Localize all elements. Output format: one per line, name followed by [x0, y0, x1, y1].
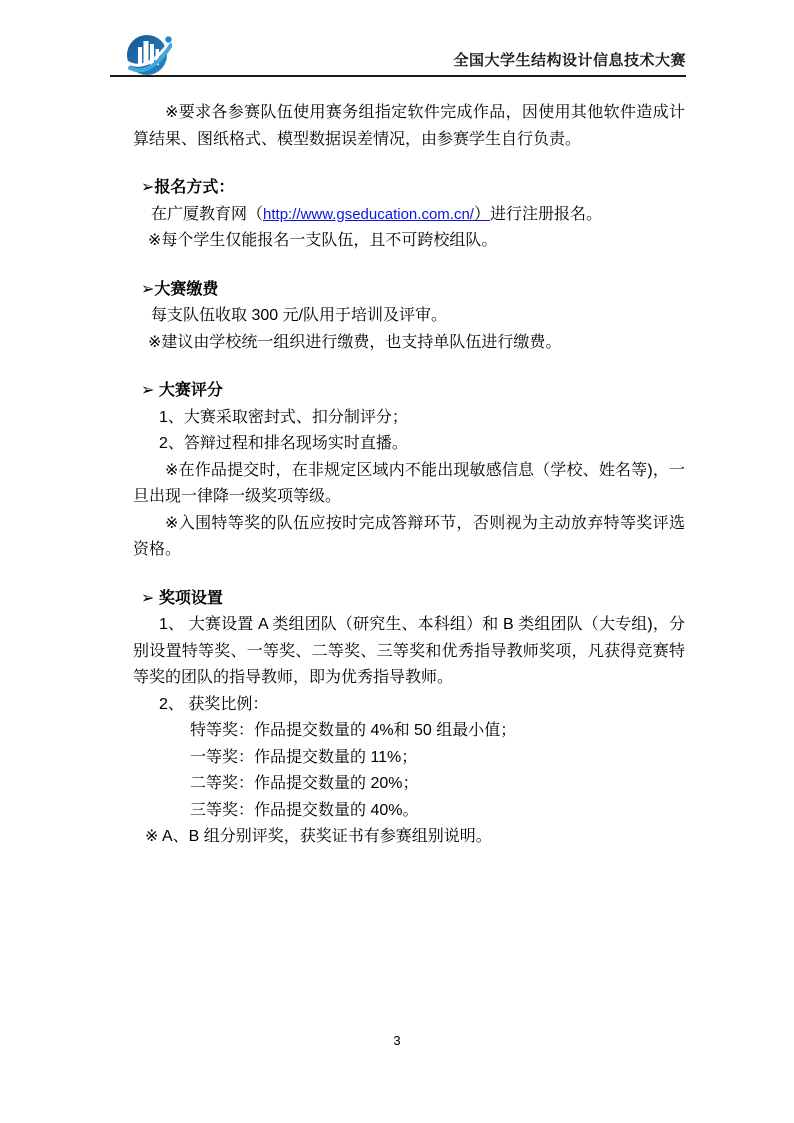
- competition-logo-icon: [126, 33, 172, 77]
- awards-ratio-title: 2、 获奖比例：: [133, 692, 685, 719]
- document-page: 全国大学生结构设计信息技术大赛 ※要求各参赛队伍使用赛务组指定软件完成作品，因使…: [0, 0, 794, 1123]
- registration-link-paren: ）: [474, 206, 490, 223]
- section-heading-registration: ➢报名方式：: [133, 175, 685, 202]
- section-heading-scoring: ➢ 大赛评分: [133, 378, 685, 405]
- award-ratio-third: 三等奖：作品提交数量的 40%。: [133, 798, 685, 825]
- scoring-note-defense: ※入围特等奖的队伍应按时完成答辩环节，否则视为主动放弃特等奖评选资格。: [133, 511, 685, 564]
- award-ratio-first: 一等奖：作品提交数量的 11%；: [133, 745, 685, 772]
- scoring-item-1: 1、大赛采取密封式、扣分制评分；: [133, 405, 685, 432]
- header-title: 全国大学生结构设计信息技术大赛: [453, 49, 686, 70]
- registration-line: 在广厦教育网（http://www.gseducation.com.cn/）进行…: [133, 202, 685, 229]
- section-heading-awards: ➢ 奖项设置: [133, 586, 685, 613]
- awards-group-note: ※ A、B 组分别评奖，获奖证书有参赛组别说明。: [133, 824, 685, 851]
- section-heading-fee: ➢大赛缴费: [133, 277, 685, 304]
- page-number: 3: [0, 1033, 794, 1048]
- awards-paragraph: 1、 大赛设置 A 类组团队（研究生、本科组）和 B 类组团队（大专组)，分别设…: [133, 612, 685, 692]
- award-ratio-second: 二等奖：作品提交数量的 20%；: [133, 771, 685, 798]
- page-header: 全国大学生结构设计信息技术大赛: [110, 30, 686, 77]
- intro-paragraph: ※要求各参赛队伍使用赛务组指定软件完成作品，因使用其他软件造成计算结果、图纸格式…: [133, 100, 685, 153]
- scoring-note-sensitive: ※在作品提交时，在非规定区域内不能出现敏感信息（学校、姓名等)，一旦出现一律降一…: [133, 458, 685, 511]
- registration-line-pre: 在广厦教育网（: [151, 206, 263, 223]
- fee-note: ※建议由学校统一组织进行缴费，也支持单队伍进行缴费。: [133, 330, 685, 357]
- award-ratio-special: 特等奖：作品提交数量的 4%和 50 组最小值；: [133, 718, 685, 745]
- document-body: ※要求各参赛队伍使用赛务组指定软件完成作品，因使用其他软件造成计算结果、图纸格式…: [133, 100, 685, 851]
- registration-link[interactable]: http://www.gseducation.com.cn/: [263, 206, 474, 223]
- scoring-item-2: 2、答辩过程和排名现场实时直播。: [133, 431, 685, 458]
- registration-note: ※每个学生仅能报名一支队伍，且不可跨校组队。: [133, 228, 685, 255]
- registration-line-post: 进行注册报名。: [490, 206, 602, 223]
- fee-line: 每支队伍收取 300 元/队用于培训及评审。: [133, 303, 685, 330]
